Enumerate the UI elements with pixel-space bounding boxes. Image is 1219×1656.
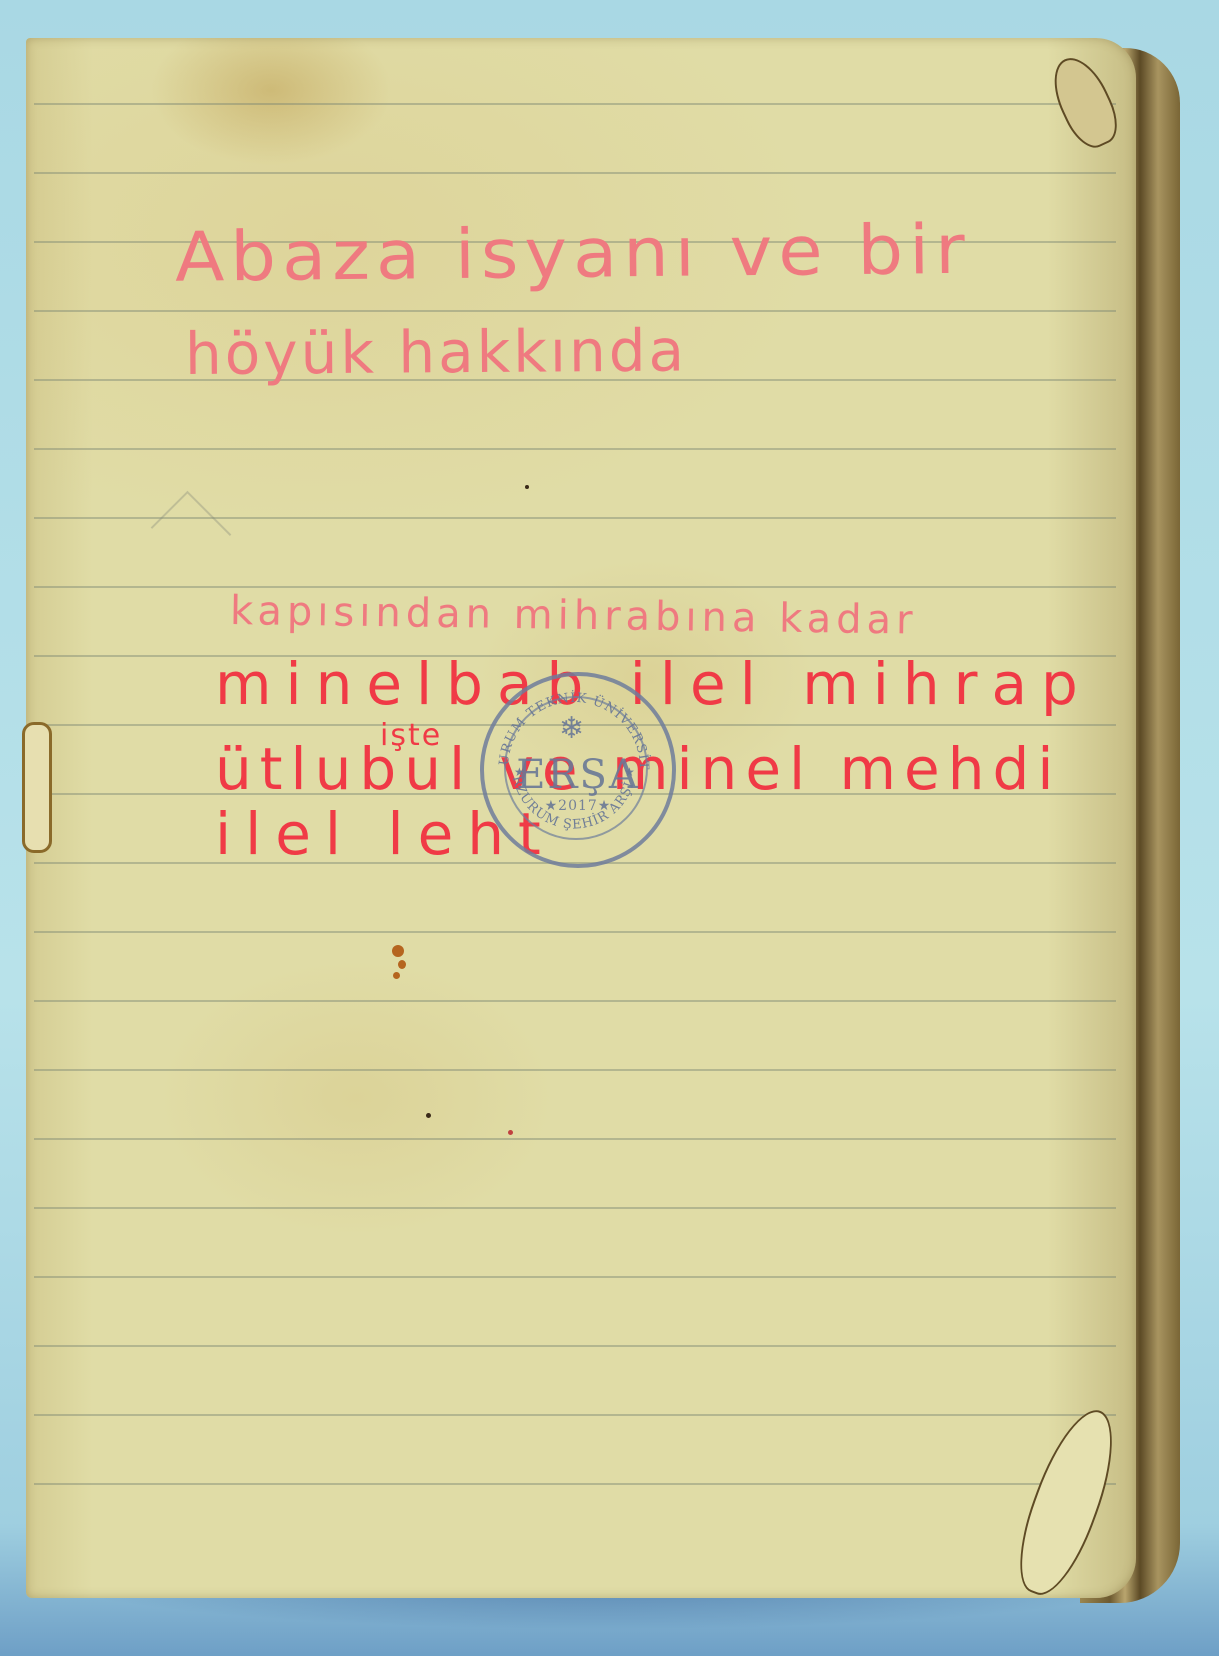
rule-line bbox=[34, 448, 1116, 450]
rust-stain bbox=[393, 972, 400, 979]
ink-dot bbox=[525, 485, 529, 489]
rule-line bbox=[34, 310, 1116, 312]
rule-line bbox=[34, 1000, 1116, 1002]
rule-line bbox=[34, 172, 1116, 174]
rule-line bbox=[34, 586, 1116, 588]
rust-stain bbox=[392, 945, 404, 957]
rule-line bbox=[34, 1138, 1116, 1140]
title-line-2: höyük hakkında bbox=[185, 316, 688, 388]
rule-line bbox=[34, 1069, 1116, 1071]
title-line-1: Abaza isyanı ve bir bbox=[175, 209, 972, 297]
text-line-1: kapısından mihrabına kadar bbox=[230, 588, 918, 644]
ink-dot bbox=[426, 1113, 431, 1118]
rule-line bbox=[34, 1207, 1116, 1209]
binding-tab bbox=[22, 722, 52, 853]
rule-line bbox=[34, 1276, 1116, 1278]
rule-line bbox=[34, 931, 1116, 933]
rule-line bbox=[34, 1483, 1116, 1485]
rule-line bbox=[34, 103, 1116, 105]
ink-dot bbox=[508, 1130, 513, 1135]
rust-stain bbox=[398, 960, 406, 969]
rule-line bbox=[34, 1345, 1116, 1347]
snowflake-icon: ❄ bbox=[559, 714, 584, 744]
rule-line bbox=[34, 1414, 1116, 1416]
stamp-center-text: ERŞA bbox=[484, 752, 672, 798]
archive-stamp: ERZURUM TEKNİK ÜNİVERSİTESİ ERZURUM ŞEHİ… bbox=[480, 672, 676, 868]
stamp-year: ★2017★ bbox=[484, 798, 672, 814]
